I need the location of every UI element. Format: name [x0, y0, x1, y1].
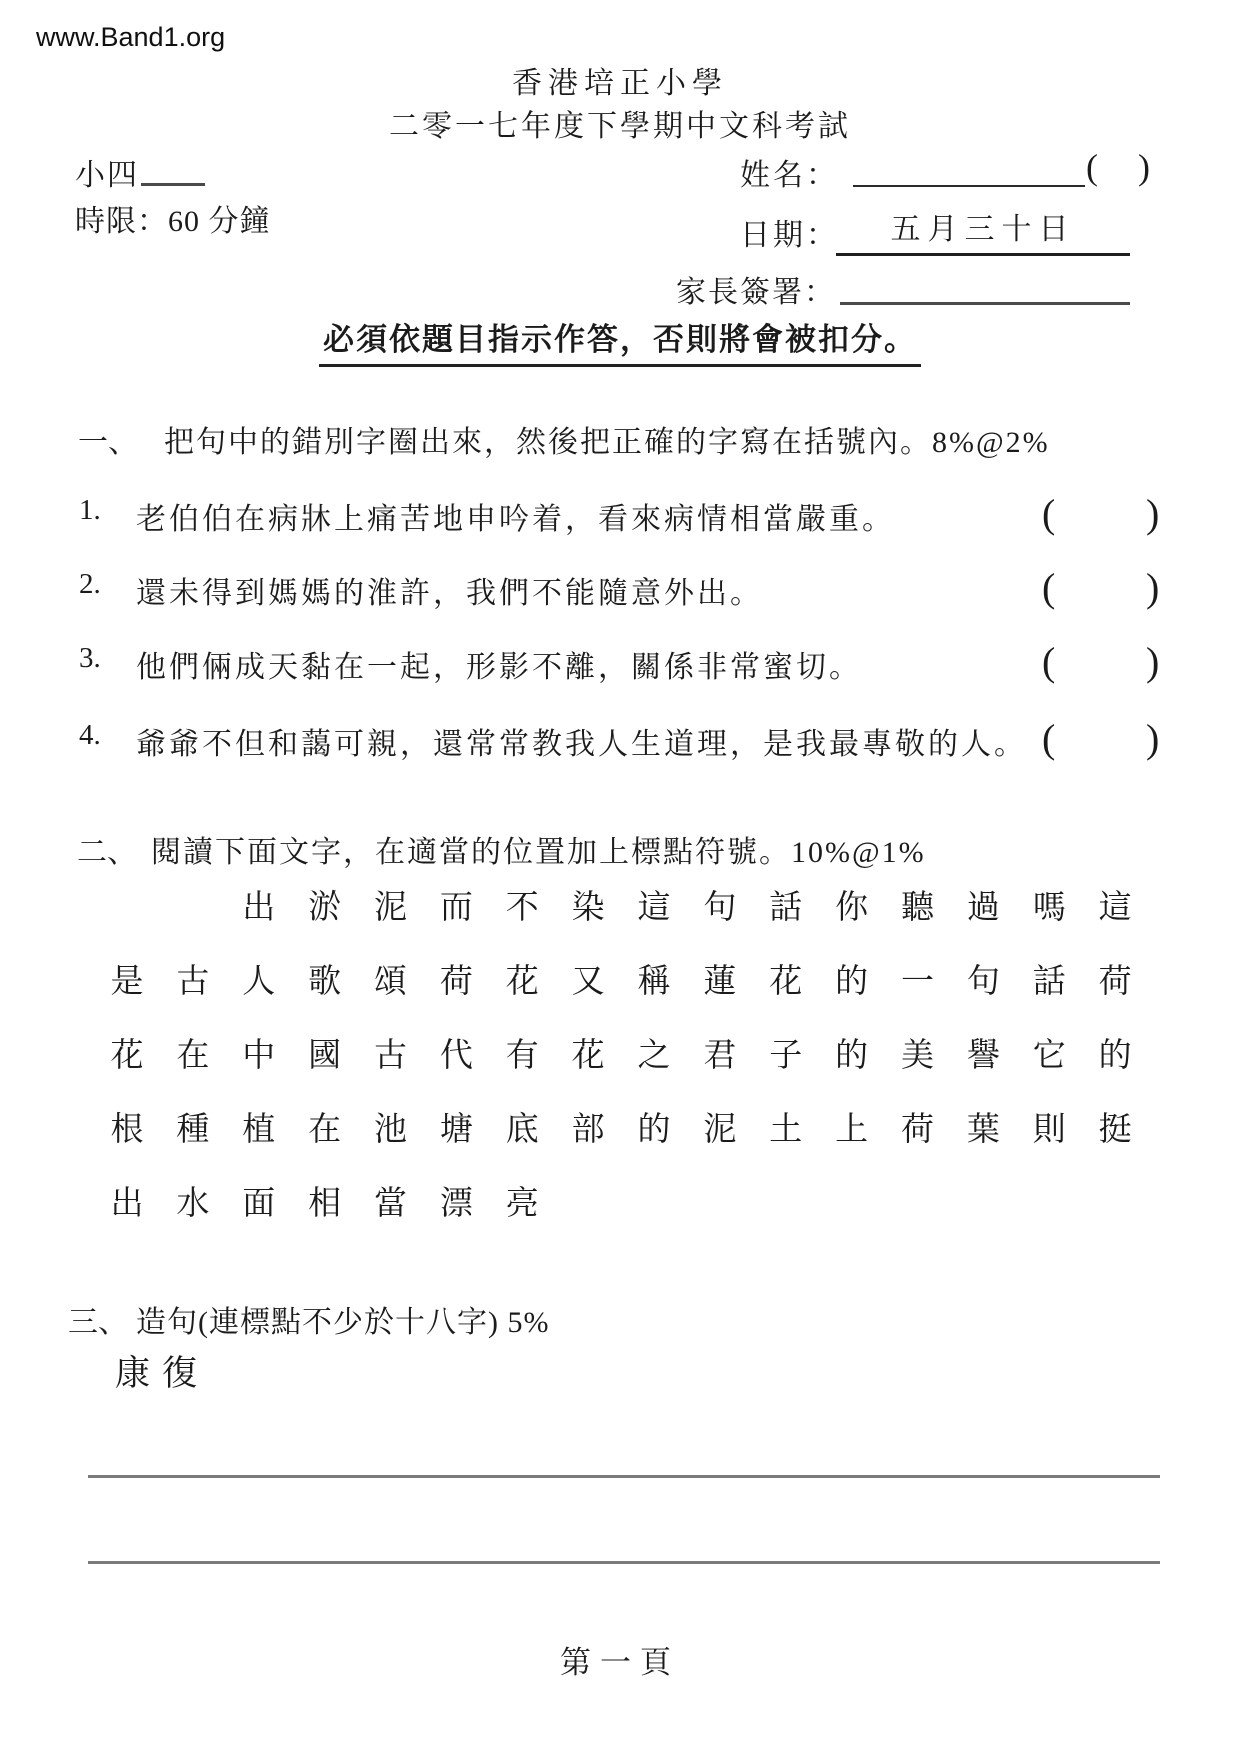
passage-char-cell: 而 — [423, 886, 489, 960]
passage-char-cell: 它 — [1016, 1034, 1082, 1108]
passage-char-cell: 你 — [819, 886, 885, 960]
parent-signature-label: 家長簽署： — [676, 267, 836, 311]
passage-char-cell: 花 — [555, 1034, 621, 1108]
question-item: 4. 爺爺不但和藹可親，還常常教我人生道理，是我最專敬的人。 ( ) — [0, 719, 1240, 767]
item-number: 4. — [79, 719, 101, 752]
passage-char-cell: 則 — [1016, 1108, 1082, 1182]
passage-char-cell: 出 — [226, 886, 292, 960]
answer-bracket-close: ) — [1146, 490, 1159, 537]
section-one-instruction: 把句中的錯別字圈出來，然後把正確的字寫在括號內。8%@2% — [164, 417, 1050, 461]
item-number: 3. — [79, 642, 101, 675]
passage-char-cell: 塘 — [423, 1108, 489, 1182]
passage-char-cell: 荷 — [885, 1108, 951, 1182]
section-one-heading: 一、 把句中的錯別字圈出來，然後把正確的字寫在括號內。8%@2% — [78, 417, 1050, 461]
passage-char-cell: 一 — [885, 960, 951, 1034]
answer-bracket-open: ( — [1042, 490, 1055, 537]
section-one-marker: 一、 — [78, 417, 138, 461]
passage-char-cell: 句 — [950, 960, 1016, 1034]
passage-char-cell: 亮 — [489, 1182, 555, 1256]
answer-writing-line — [88, 1561, 1160, 1564]
section-three-marker: 三、 — [68, 1297, 128, 1341]
answer-bracket-close: ) — [1146, 715, 1159, 762]
passage-char-cell: 花 — [489, 960, 555, 1034]
name-blank-line — [853, 185, 1085, 187]
passage-char-cell — [885, 1182, 951, 1256]
passage-char-cell: 之 — [621, 1034, 687, 1108]
answer-bracket-close: ) — [1146, 638, 1159, 685]
passage-char-cell — [160, 886, 226, 960]
name-label: 姓名： — [740, 150, 839, 194]
question-item: 1. 老伯伯在病牀上痛苦地申吟着，看來病情相當嚴重。 ( ) — [0, 494, 1240, 542]
passage-char-cell: 美 — [885, 1034, 951, 1108]
item-number: 1. — [79, 494, 101, 527]
passage-char-cell: 池 — [358, 1108, 424, 1182]
passage-char-cell: 歌 — [292, 960, 358, 1034]
item-text: 還未得到媽媽的淮許，我們不能隨意外出。 — [136, 568, 763, 612]
passage-char-cell: 句 — [687, 886, 753, 960]
passage-char-cell: 出 — [94, 1182, 160, 1256]
section-three-heading: 三、 造句(連標點不少於十八字) 5% — [68, 1297, 549, 1341]
passage-char-cell: 上 — [819, 1108, 885, 1182]
passage-char-cell: 子 — [753, 1034, 819, 1108]
passage-char-cell — [753, 1182, 819, 1256]
passage-char-cell: 荷 — [1082, 960, 1148, 1034]
passage-char-cell: 國 — [292, 1034, 358, 1108]
passage-char-cell: 土 — [753, 1108, 819, 1182]
passage-row: 花在中國古代有花之君子的美譽它的 — [94, 1034, 1148, 1108]
date-label: 日期： — [740, 210, 839, 254]
sentence-prompt-word: 康復 — [115, 1346, 209, 1396]
passage-char-cell: 的 — [1082, 1034, 1148, 1108]
passage-char-cell: 代 — [423, 1034, 489, 1108]
passage-char-cell: 聽 — [885, 886, 951, 960]
passage-char-cell: 當 — [358, 1182, 424, 1256]
parent-signature-blank-line — [840, 302, 1130, 305]
passage-char-cell: 中 — [226, 1034, 292, 1108]
passage-char-cell: 古 — [358, 1034, 424, 1108]
item-text: 爺爺不但和藹可親，還常常教我人生道理，是我最專敬的人。 — [136, 719, 1027, 763]
name-score-bracket-open: ( — [1086, 146, 1098, 188]
item-text: 他們倆成天黏在一起，形影不離，關係非常蜜切。 — [136, 642, 862, 686]
passage-char-cell — [1016, 1182, 1082, 1256]
instruction-notice-text: 必須依題目指示作答，否則將會被扣分。 — [319, 314, 921, 367]
passage-char-cell: 古 — [160, 960, 226, 1034]
section-two-heading: 二、 閱讀下面文字，在適當的位置加上標點符號。10%@1% — [77, 827, 926, 871]
page-number-label: 第一頁 — [0, 1637, 1240, 1682]
question-item: 3. 他們倆成天黏在一起，形影不離，關係非常蜜切。 ( ) — [0, 642, 1240, 690]
answer-bracket-open: ( — [1042, 715, 1055, 762]
passage-char-cell — [819, 1182, 885, 1256]
passage-char-cell: 挺 — [1082, 1108, 1148, 1182]
passage-char-cell: 部 — [555, 1108, 621, 1182]
passage-char-cell: 頌 — [358, 960, 424, 1034]
passage-char-cell: 泥 — [358, 886, 424, 960]
passage-char-cell — [1082, 1182, 1148, 1256]
section-three-instruction: 造句(連標點不少於十八字) 5% — [136, 1297, 549, 1341]
name-score-bracket-close: ) — [1138, 146, 1150, 188]
passage-char-cell: 過 — [950, 886, 1016, 960]
answer-bracket-close: ) — [1146, 564, 1159, 611]
answer-writing-line — [88, 1475, 1160, 1478]
passage-char-cell: 人 — [226, 960, 292, 1034]
passage-char-cell: 花 — [753, 960, 819, 1034]
class-label: 小四 — [75, 150, 139, 194]
passage-char-cell: 葉 — [950, 1108, 1016, 1182]
passage-char-cell: 漂 — [423, 1182, 489, 1256]
passage-char-cell — [950, 1182, 1016, 1256]
time-limit-label: 時限：60 分鐘 — [75, 196, 271, 240]
passage-char-cell: 不 — [489, 886, 555, 960]
passage-char-cell: 種 — [160, 1108, 226, 1182]
answer-bracket-open: ( — [1042, 564, 1055, 611]
passage-row: 出水面相當漂亮 — [94, 1182, 1148, 1256]
passage-char-cell — [555, 1182, 621, 1256]
passage-char-cell: 的 — [819, 1034, 885, 1108]
passage-char-cell — [687, 1182, 753, 1256]
passage-char-cell: 君 — [687, 1034, 753, 1108]
passage-char-cell: 在 — [292, 1108, 358, 1182]
passage-char-cell: 這 — [1082, 886, 1148, 960]
passage-char-cell: 荷 — [423, 960, 489, 1034]
punctuation-passage-grid: 出淤泥而不染這句話你聽過嗎這是古人歌頌荷花又稱蓮花的一句話荷花在中國古代有花之君… — [94, 886, 1148, 1256]
passage-char-cell: 又 — [555, 960, 621, 1034]
section-two-instruction: 閱讀下面文字，在適當的位置加上標點符號。10%@1% — [151, 827, 926, 871]
passage-char-cell: 植 — [226, 1108, 292, 1182]
passage-char-cell: 相 — [292, 1182, 358, 1256]
passage-char-cell: 花 — [94, 1034, 160, 1108]
passage-char-cell — [94, 886, 160, 960]
passage-char-cell: 的 — [621, 1108, 687, 1182]
passage-char-cell: 淤 — [292, 886, 358, 960]
passage-char-cell — [621, 1182, 687, 1256]
passage-char-cell: 水 — [160, 1182, 226, 1256]
passage-char-cell: 有 — [489, 1034, 555, 1108]
passage-char-cell: 譽 — [950, 1034, 1016, 1108]
instruction-notice: 必須依題目指示作答，否則將會被扣分。 — [0, 314, 1240, 367]
passage-char-cell: 稱 — [621, 960, 687, 1034]
passage-char-cell: 話 — [1016, 960, 1082, 1034]
passage-char-cell: 蓮 — [687, 960, 753, 1034]
date-value: 五月三十日 — [836, 204, 1130, 256]
watermark-text: www.Band1.org — [36, 22, 225, 53]
passage-char-cell: 底 — [489, 1108, 555, 1182]
exam-title: 二零一七年度下學期中文科考試 — [0, 101, 1240, 145]
passage-char-cell: 泥 — [687, 1108, 753, 1182]
passage-row: 是古人歌頌荷花又稱蓮花的一句話荷 — [94, 960, 1148, 1034]
passage-char-cell: 的 — [819, 960, 885, 1034]
exam-paper-page: www.Band1.org 香港培正小學 二零一七年度下學期中文科考試 小四 時… — [0, 0, 1240, 1754]
passage-row: 根種植在池塘底部的泥土上荷葉則挺 — [94, 1108, 1148, 1182]
passage-char-cell: 是 — [94, 960, 160, 1034]
passage-char-cell: 在 — [160, 1034, 226, 1108]
answer-bracket-open: ( — [1042, 638, 1055, 685]
section-two-marker: 二、 — [77, 827, 137, 871]
passage-char-cell: 嗎 — [1016, 886, 1082, 960]
item-number: 2. — [79, 568, 101, 601]
school-name: 香港培正小學 — [0, 58, 1240, 102]
passage-char-cell: 這 — [621, 886, 687, 960]
passage-char-cell: 染 — [555, 886, 621, 960]
question-item: 2. 還未得到媽媽的淮許，我們不能隨意外出。 ( ) — [0, 568, 1240, 616]
passage-char-cell: 面 — [226, 1182, 292, 1256]
item-text: 老伯伯在病牀上痛苦地申吟着，看來病情相當嚴重。 — [136, 494, 895, 538]
class-blank-line — [141, 183, 205, 186]
passage-char-cell: 話 — [753, 886, 819, 960]
passage-row: 出淤泥而不染這句話你聽過嗎這 — [94, 886, 1148, 960]
passage-char-cell: 根 — [94, 1108, 160, 1182]
